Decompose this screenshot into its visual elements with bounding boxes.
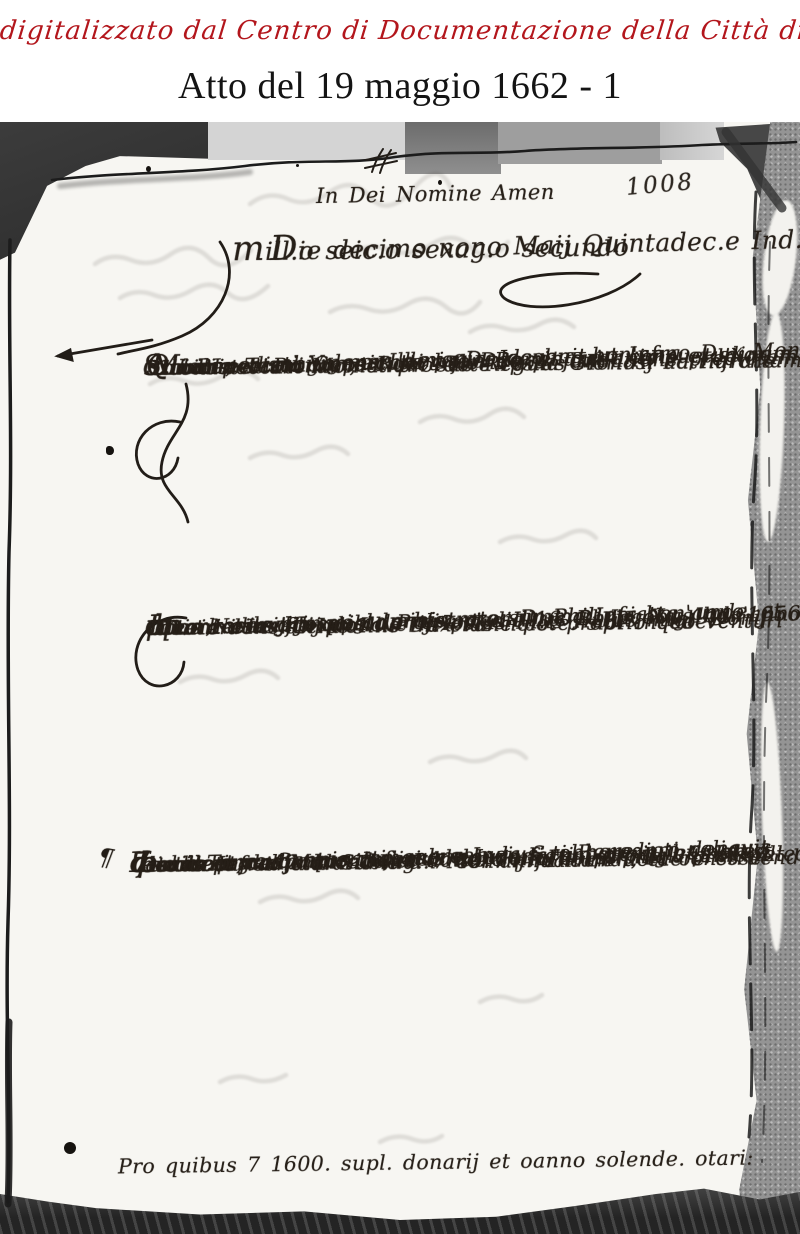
scanned-document-page: { "header": { "credit_line": "digitalizz…: [0, 0, 800, 1234]
bleedthrough-marks: [95, 174, 596, 1142]
photo-top-band: [405, 122, 501, 174]
photo-top-band: [498, 122, 662, 164]
digitization-credit-line: digitalizzato dal Centro di Documentazio…: [0, 16, 800, 46]
ink-blot: [146, 166, 151, 172]
page-title: Atto del 19 maggio 1662 - 1: [0, 64, 800, 108]
ink-blot: [64, 1142, 76, 1154]
manuscript-line: mill.o seic.o sexag.o secundo: [232, 227, 629, 266]
closing-line: Pro quibus 7 1600. supl. donarij et oann…: [118, 1146, 754, 1179]
margin-paragraph-mark: ¶: [96, 843, 116, 873]
folio-number: 1008: [625, 169, 696, 201]
manuscript-stroke-overlay: [0, 122, 800, 1234]
manuscript-photo: In Dei Nomine Amen 1008 Die decimo nono …: [0, 122, 800, 1234]
photo-bottom-torn-edge: [0, 1180, 800, 1234]
photo-top-band: [660, 122, 724, 160]
photo-corner-top-left: [0, 122, 214, 264]
paper-edge-lines: [7, 132, 796, 1204]
invocation-line: In Dei Nomine Amen: [316, 180, 555, 208]
ink-blot: [438, 180, 442, 185]
manuscript-line: centas p.g:: [132, 843, 258, 879]
ink-blot: [296, 164, 299, 167]
photo-top-band: [208, 122, 408, 160]
ink-blot: [106, 446, 114, 455]
